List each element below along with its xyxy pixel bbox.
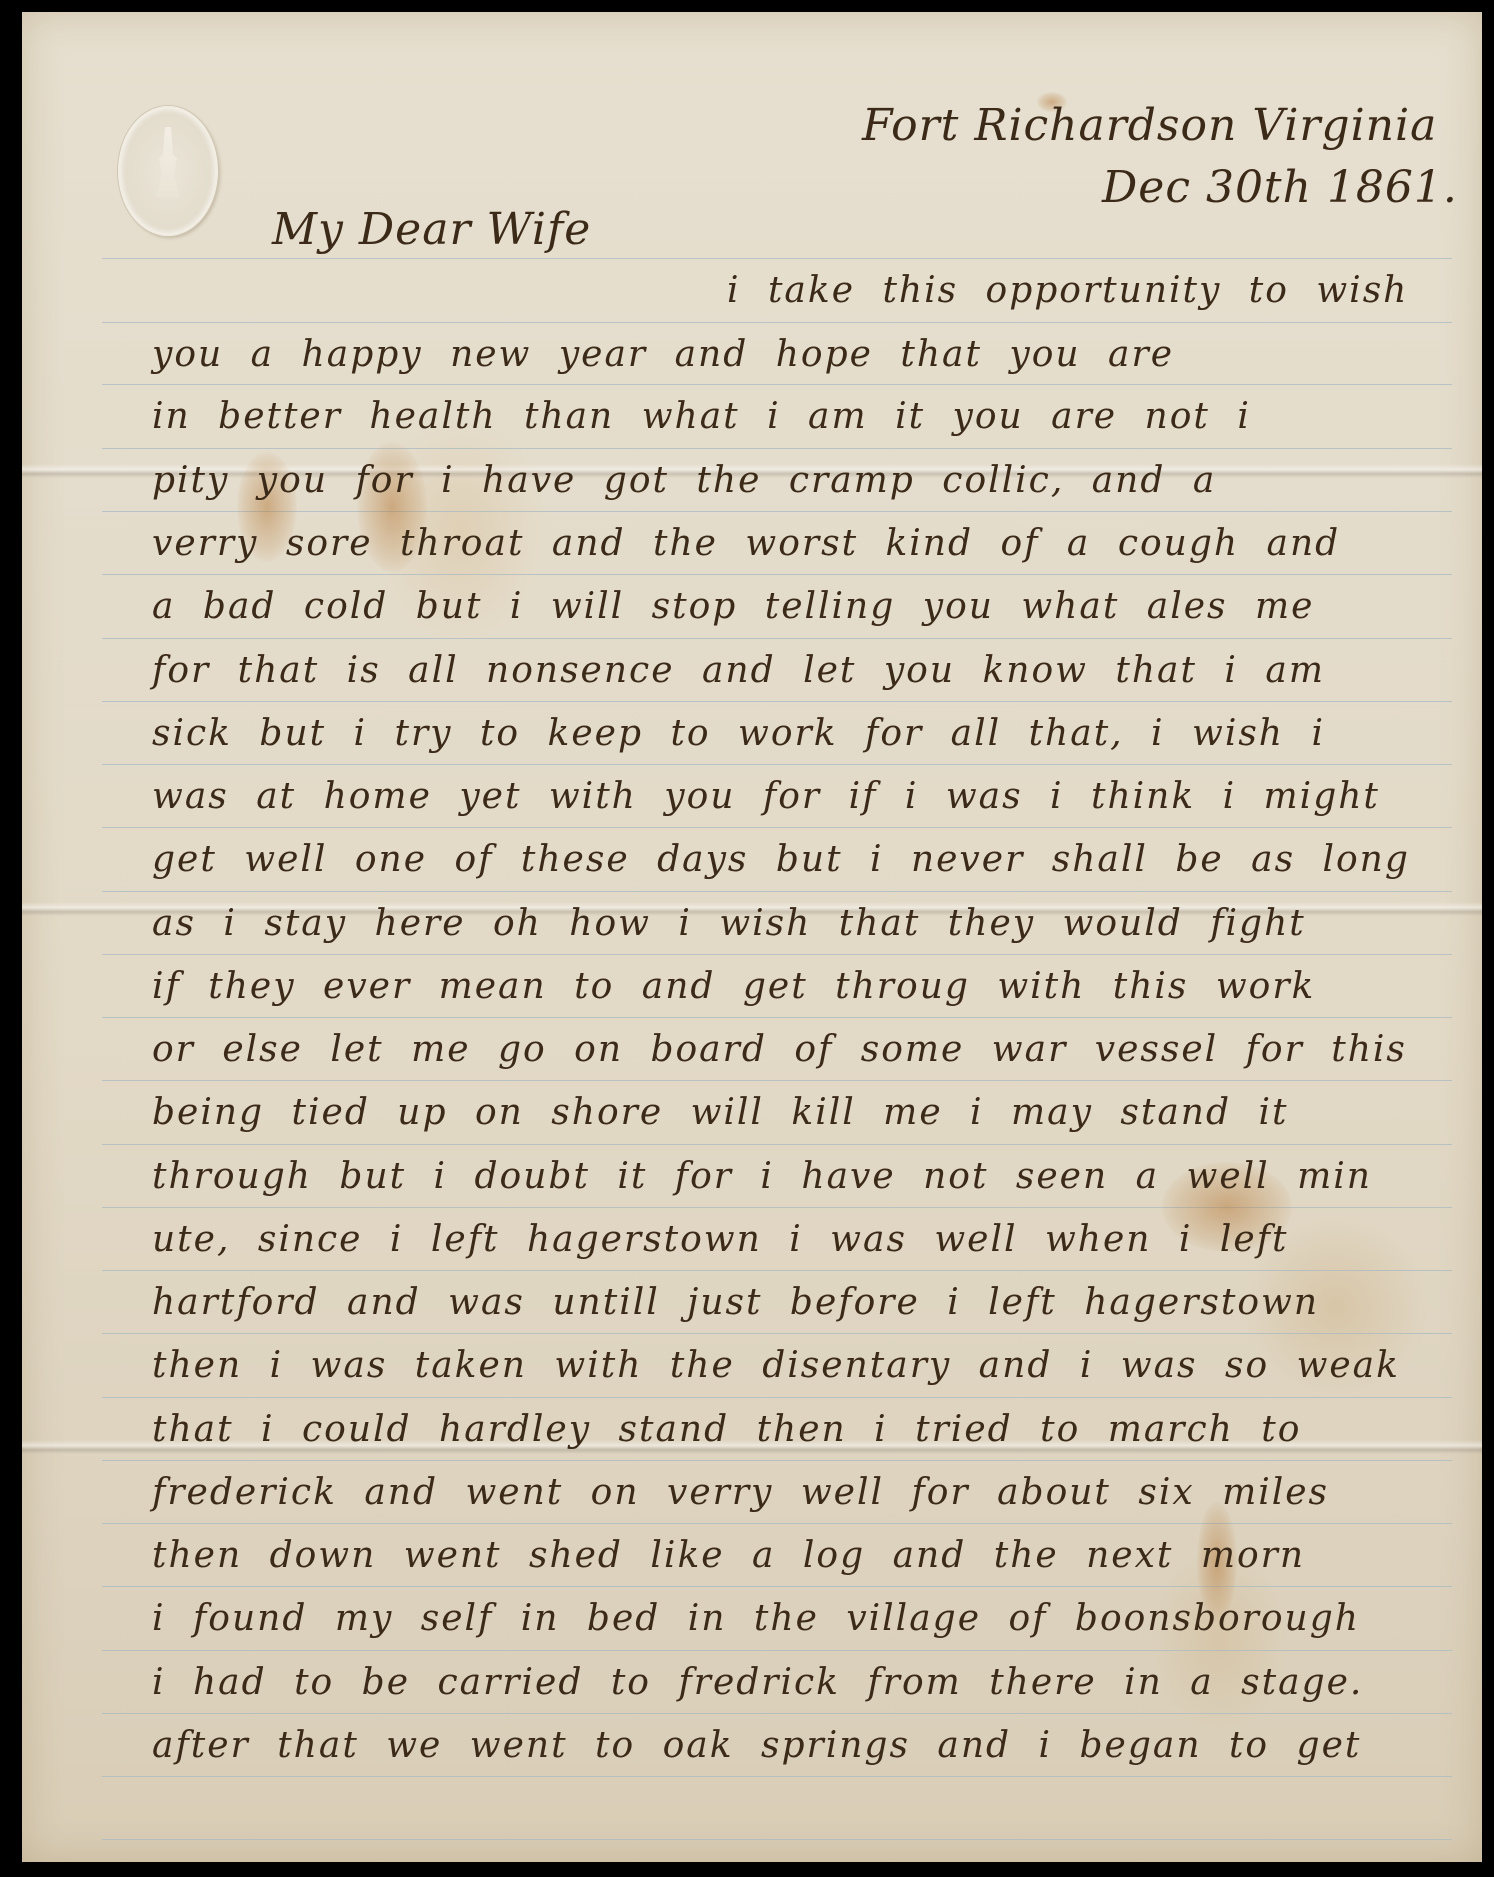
letter-line: through but i doubt it for i have not se…	[152, 1156, 1372, 1197]
letter-line: get well one of these days but i never s…	[152, 839, 1410, 880]
letter-line: that i could hardley stand then i tried …	[152, 1409, 1301, 1450]
ruled-line	[102, 1713, 1452, 1714]
letter-line: i take this opportunity to wish	[727, 270, 1408, 311]
letter-line: you a happy new year and hope that you a…	[152, 334, 1174, 375]
ruled-line	[102, 1144, 1452, 1145]
letter-line: a bad cold but i will stop telling you w…	[152, 586, 1314, 627]
ruled-line	[102, 322, 1452, 323]
letter-line: in better health than what i am it you a…	[152, 396, 1251, 437]
ruled-line	[102, 384, 1452, 385]
letter-line: frederick and went on verry well for abo…	[152, 1472, 1329, 1513]
ruled-line	[102, 1017, 1452, 1018]
letter-line: was at home yet with you for if i was i …	[152, 776, 1380, 817]
letter-line: or else let me go on board of some war v…	[152, 1029, 1407, 1070]
seal-figure	[153, 127, 183, 205]
letter-line: hartford and was untill just before i le…	[152, 1282, 1319, 1323]
letter-line: verry sore throat and the worst kind of …	[152, 523, 1340, 564]
ruled-line	[102, 1397, 1452, 1398]
embossed-seal-icon	[118, 106, 218, 236]
ruled-line	[102, 1270, 1452, 1271]
letter-line: for that is all nonsence and let you kno…	[152, 650, 1325, 691]
ruled-line	[102, 701, 1452, 702]
letter-line: as i stay here oh how i wish that they w…	[152, 903, 1306, 944]
letter-line: being tied up on shore will kill me i ma…	[152, 1092, 1288, 1133]
ruled-line	[102, 1333, 1452, 1334]
ruled-line	[102, 1460, 1452, 1461]
letter-line: after that we went to oak springs and i …	[152, 1725, 1361, 1766]
letter-place: Fort Richardson Virginia	[862, 100, 1437, 151]
ruled-line	[102, 1080, 1452, 1081]
ruled-line	[102, 258, 1452, 259]
ruled-line	[102, 448, 1452, 449]
letter-line: ute, since i left hagerstown i was well …	[152, 1219, 1288, 1260]
letter-line: sick but i try to keep to work for all t…	[152, 713, 1325, 754]
ruled-line	[102, 638, 1452, 639]
letter-line: then down went shed like a log and the n…	[152, 1535, 1305, 1576]
letter-line: i found my self in bed in the village of…	[152, 1598, 1360, 1639]
ruled-line	[102, 827, 1452, 828]
ruled-line	[102, 891, 1452, 892]
letter-date: Dec 30th 1861.	[1102, 162, 1458, 213]
letter-line: i had to be carried to fredrick from the…	[152, 1662, 1363, 1703]
ruled-line	[102, 1776, 1452, 1777]
ruled-line	[102, 954, 1452, 955]
ruled-line	[102, 764, 1452, 765]
ruled-line	[102, 1523, 1452, 1524]
ruled-line	[102, 1586, 1452, 1587]
letter-salutation: My Dear Wife	[272, 204, 591, 255]
letter-line: if they ever mean to and get throug with…	[152, 966, 1315, 1007]
ruled-line	[102, 574, 1452, 575]
letter-line: then i was taken with the disentary and …	[152, 1345, 1400, 1386]
ruled-line	[102, 511, 1452, 512]
letter-line: pity you for i have got the cramp collic…	[152, 460, 1216, 501]
ruled-line	[102, 1650, 1452, 1651]
ruled-line	[102, 1839, 1452, 1840]
letter-page: Fort Richardson Virginia Dec 30th 1861. …	[22, 12, 1482, 1862]
